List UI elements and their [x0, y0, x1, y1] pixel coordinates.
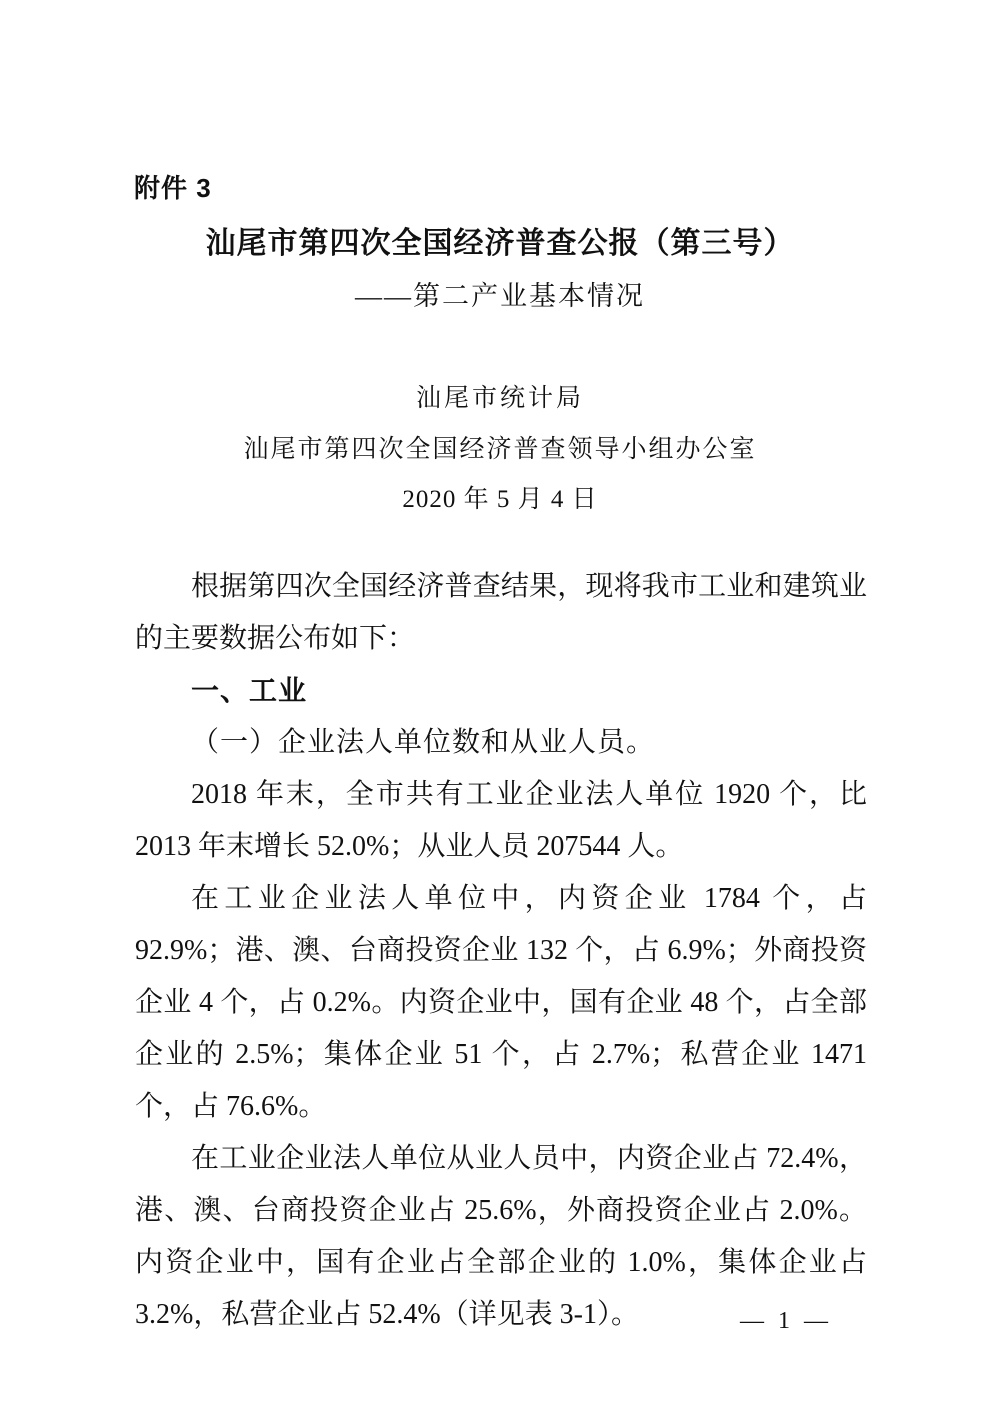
paragraph-enterprise-unit-breakdown: 在工业企业法人单位中，内资企业 1784 个，占 92.9%；港、澳、台商投资企…: [135, 873, 867, 1133]
attachment-label: 附件 3: [134, 168, 212, 205]
section-heading-industry: 一、工业: [135, 665, 867, 717]
page-number: — 1 —: [740, 1308, 832, 1335]
subsection-heading-legal-entities-and-employees: （一）企业法人单位数和从业人员。: [135, 717, 867, 769]
issuer-census-leading-group-office: 汕尾市第四次全国经济普查领导小组办公室: [0, 429, 1000, 465]
document-page: 附件 3 汕尾市第四次全国经济普查公报（第三号） ——第二产业基本情况 汕尾市统…: [0, 0, 1000, 1414]
issuer-statistics-bureau: 汕尾市统计局: [0, 378, 1000, 414]
document-subtitle: ——第二产业基本情况: [0, 274, 1000, 313]
document-body: 根据第四次全国经济普查结果，现将我市工业和建筑业的主要数据公布如下： 一、工业 …: [135, 561, 867, 1341]
intro-paragraph: 根据第四次全国经济普查结果，现将我市工业和建筑业的主要数据公布如下：: [135, 561, 867, 665]
publication-date: 2020 年 5 月 4 日: [0, 479, 1000, 515]
document-title: 汕尾市第四次全国经济普查公报（第三号）: [0, 218, 1000, 262]
paragraph-industry-totals: 2018 年末，全市共有工业企业法人单位 1920 个，比 2013 年末增长 …: [135, 769, 867, 873]
